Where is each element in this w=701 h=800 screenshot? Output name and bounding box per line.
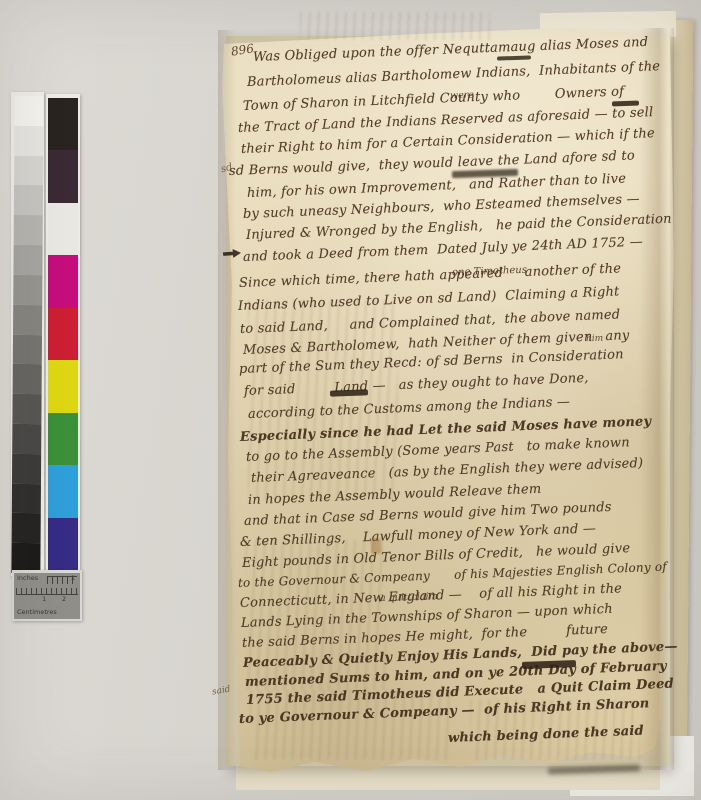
grayscale-step [12, 483, 41, 513]
strikethrough-mark [612, 101, 639, 107]
grayscale-step [14, 215, 43, 245]
grayscale-step [13, 305, 42, 335]
color-patch-blue [48, 518, 78, 570]
archival-photo: Inches 1 1 2 Centimetres 896 Was Obliged… [0, 0, 701, 800]
color-patch-black [48, 98, 78, 150]
ruler: Inches 1 1 2 Centimetres [14, 573, 80, 619]
ruler-centimetres-label: Centimetres [17, 609, 57, 616]
ruler-cm-number-2: 2 [62, 596, 66, 603]
grayscale-step [12, 394, 41, 424]
ruler-inch-number: 1 [71, 575, 75, 582]
color-patch-maroon [48, 150, 78, 202]
color-patch-magenta [48, 255, 78, 307]
grayscale-step [12, 454, 41, 484]
color-patch-green [48, 413, 78, 465]
grayscale-step [12, 513, 41, 543]
grayscale-step [11, 543, 40, 573]
grayscale-step [14, 185, 43, 215]
interlinear-insertion: a quittclaim [380, 591, 438, 604]
grayscale-step [14, 96, 43, 126]
page-left-edge-shading [218, 30, 236, 770]
grayscale-step [13, 245, 42, 275]
grayscale-step [12, 424, 41, 454]
ruler-card: Inches 1 1 2 Centimetres [12, 570, 82, 621]
ink-bleedthrough-patch [300, 12, 490, 40]
grayscale-step [13, 364, 42, 394]
color-patch-white [48, 203, 78, 255]
grayscale-step [14, 126, 43, 156]
grayscale-calibration-strip [11, 96, 43, 573]
interlinear-insertion: were [450, 90, 474, 102]
ruler-cm-number-1: 1 [42, 596, 46, 603]
color-calibration-strip [48, 98, 78, 570]
strikethrough-mark [371, 538, 382, 554]
color-patch-azure [48, 465, 78, 517]
ruler-cm-ticks [16, 588, 78, 595]
color-patch-yellow [48, 360, 78, 412]
grayscale-step [14, 156, 43, 186]
grayscale-step [13, 275, 42, 305]
ruler-inches-label: Inches [17, 575, 38, 582]
grayscale-step [13, 334, 42, 364]
interlinear-insertion: him [586, 334, 604, 345]
color-patch-red [48, 308, 78, 360]
